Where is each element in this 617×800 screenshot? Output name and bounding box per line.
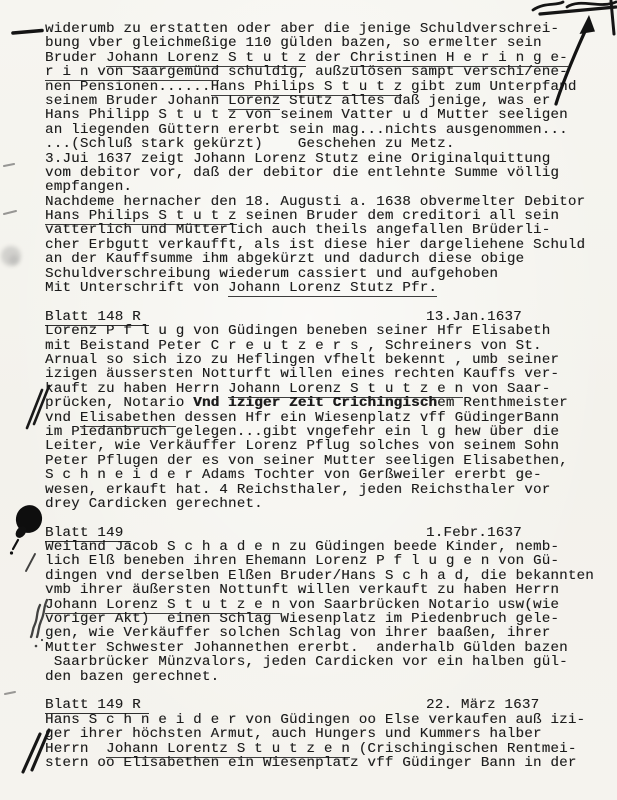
pencil-dash-icon <box>4 164 16 694</box>
text-line: 3.Jui 1637 zeigt Johann Lorenz Stutz ein… <box>45 152 593 166</box>
underlined-text: Johann Lorenz Stutz Pfr. <box>228 280 437 297</box>
paragraph: widerumb zu erstatten oder aber die jeni… <box>45 22 593 152</box>
text-line: seinem Bruder Johann Lorenz Stutz alles … <box>45 94 593 108</box>
section-heading: Blatt 1491.Febr.1637 <box>45 526 593 540</box>
text-line: S c h n e i d e r Adams Tochter von Gerß… <box>45 468 593 482</box>
text-line: im Piedanbruch gelegen...gibt vngefehr e… <box>45 425 593 439</box>
text-line: ...(Schluß stark gekürzt) Geschehen zu M… <box>45 137 593 151</box>
text-line: den bazen gerechnet. <box>45 670 593 684</box>
text-line: an der Kauffsumme ihm abgekürzt und dadu… <box>45 252 593 266</box>
blatt-label: Blatt 149 <box>45 525 131 542</box>
text-line: vatterlich und Mütterlich auch theils an… <box>45 223 593 237</box>
text-line: prücken, Notario Vnd iziger Zeit Crichin… <box>45 396 593 410</box>
paragraph: Weiland Jacob S c h a d e n zu Güdingen … <box>45 540 593 684</box>
text-line: izigen äussersten Notturft willen eines … <box>45 367 593 381</box>
text-line: mit Beistand Peter C r e u t z e r s , S… <box>45 339 593 353</box>
text-line: dingen vnd derselben Elßen Bruder/Hans S… <box>45 569 593 583</box>
text-segment: Mit Unterschrift von <box>45 280 228 296</box>
text-line: Nachdeme hernacher den 18. Augusti a. 16… <box>45 195 593 209</box>
text-line: Mit Unterschrift von Johann Lorenz Stutz… <box>45 281 593 295</box>
text-line: an liegenden Güttern ererbt sein mag...n… <box>45 123 593 137</box>
text-line: drey Cardicken gerechnet. <box>45 497 593 511</box>
text-line: Weiland Jacob S c h a d e n zu Güdingen … <box>45 540 593 554</box>
paragraph: 3.Jui 1637 zeigt Johann Lorenz Stutz ein… <box>45 152 593 296</box>
typewritten-text-body: widerumb zu erstatten oder aber die jeni… <box>45 22 593 770</box>
text-line: widerumb zu erstatten oder aber die jeni… <box>45 22 593 36</box>
text-segment: drey Cardicken gerechnet. <box>45 496 263 512</box>
blatt-date: 1.Febr.1637 <box>426 526 522 540</box>
text-line: voriger Akt) einen Schlag Wiesenplatz im… <box>45 612 593 626</box>
text-line: Hans S c h n e i d e r von Güdingen oo E… <box>45 713 593 727</box>
document-page: widerumb zu erstatten oder aber die jeni… <box>0 0 617 800</box>
text-line: r i n von Saargemünd schuldig, außzulöse… <box>45 65 593 79</box>
text-line: bung vber gleichmeßige 110 gülden bazen,… <box>45 36 593 50</box>
text-line: kauft zu haben Herrn Johann Lorenz S t u… <box>45 382 593 396</box>
text-line: Bruder Johann Lorenz S t u t z der Chris… <box>45 51 593 65</box>
text-line: vnd Elisabethen dessen Hfr ein Wiesenpla… <box>45 411 593 425</box>
text-line: lich Elß beneben ihren Ehemann Lorenz P … <box>45 554 593 568</box>
section-heading: Blatt 148 R13.Jan.1637 <box>45 310 593 324</box>
paragraph: Hans S c h n e i d e r von Güdingen oo E… <box>45 713 593 771</box>
text-line: wesen, erkauft hat. 4 Reichsthaler, jede… <box>45 483 593 497</box>
text-line: Herrn Johann Lorentz S t u t z e n (Cris… <box>45 742 593 756</box>
text-line: Hans Philips S t u t z seinen Bruder dem… <box>45 209 593 223</box>
text-line: Mutter Schwester Johannethen ererbt. and… <box>45 641 593 655</box>
text-line: ger ihrer höchsten Armut, auch Hungers u… <box>45 727 593 741</box>
text-line: cher Erbgutt verkaufft, als ist diese hi… <box>45 238 593 252</box>
text-line: Peter Pflugen der es von seiner Mutter s… <box>45 454 593 468</box>
ink-blot-icon <box>10 502 45 555</box>
text-line: Saarbrücker Münzvalors, jeden Cardicken … <box>45 655 593 669</box>
blatt-label: Blatt 149 R <box>45 697 149 714</box>
text-line: gen, wie Verkäuffer solchen Schlag von i… <box>45 626 593 640</box>
text-line: Johann Lorenz S t u t z e n von Saarbrüc… <box>45 598 593 612</box>
text-line: vom debitor vor, daß der debitor die ent… <box>45 166 593 180</box>
text-line: empfangen. <box>45 180 593 194</box>
text-segment: den bazen gerechnet. <box>45 669 219 685</box>
text-line: vmb ihrer äußersten Nottunft willen verk… <box>45 583 593 597</box>
handwritten-dash-icon <box>13 31 42 34</box>
text-line: Hans Philipp S t u t z von seinem Vatter… <box>45 108 593 122</box>
text-segment: stern oo Elisabethen ein Wiesenplatz vff… <box>45 755 577 771</box>
text-line: nen Pensionen......Hans Philips S t u t … <box>45 80 593 94</box>
blatt-date: 22. März 1637 <box>426 698 539 712</box>
text-line: Schuldverschreibung wiederum cassiert un… <box>45 267 593 281</box>
text-line: Lorenz P f l u g von Güdingen beneben se… <box>45 324 593 338</box>
text-line: stern oo Elisabethen ein Wiesenplatz vff… <box>45 756 593 770</box>
text-segment: bung vber gleichmeßige 110 gülden bazen,… <box>45 35 542 51</box>
fingerprint-smudge-icon <box>1 246 21 266</box>
text-line: Leiter, wie Verkäuffer Lorenz Pflug solc… <box>45 439 593 453</box>
blatt-label: Blatt 148 R <box>45 309 149 326</box>
paragraph: Lorenz P f l u g von Güdingen beneben se… <box>45 324 593 511</box>
margin-slash-icon <box>26 554 35 571</box>
section-heading: Blatt 149 R22. März 1637 <box>45 698 593 712</box>
text-line: Arnual so sich izo zu Heflingen vfhelt b… <box>45 353 593 367</box>
blatt-date: 13.Jan.1637 <box>426 310 522 324</box>
